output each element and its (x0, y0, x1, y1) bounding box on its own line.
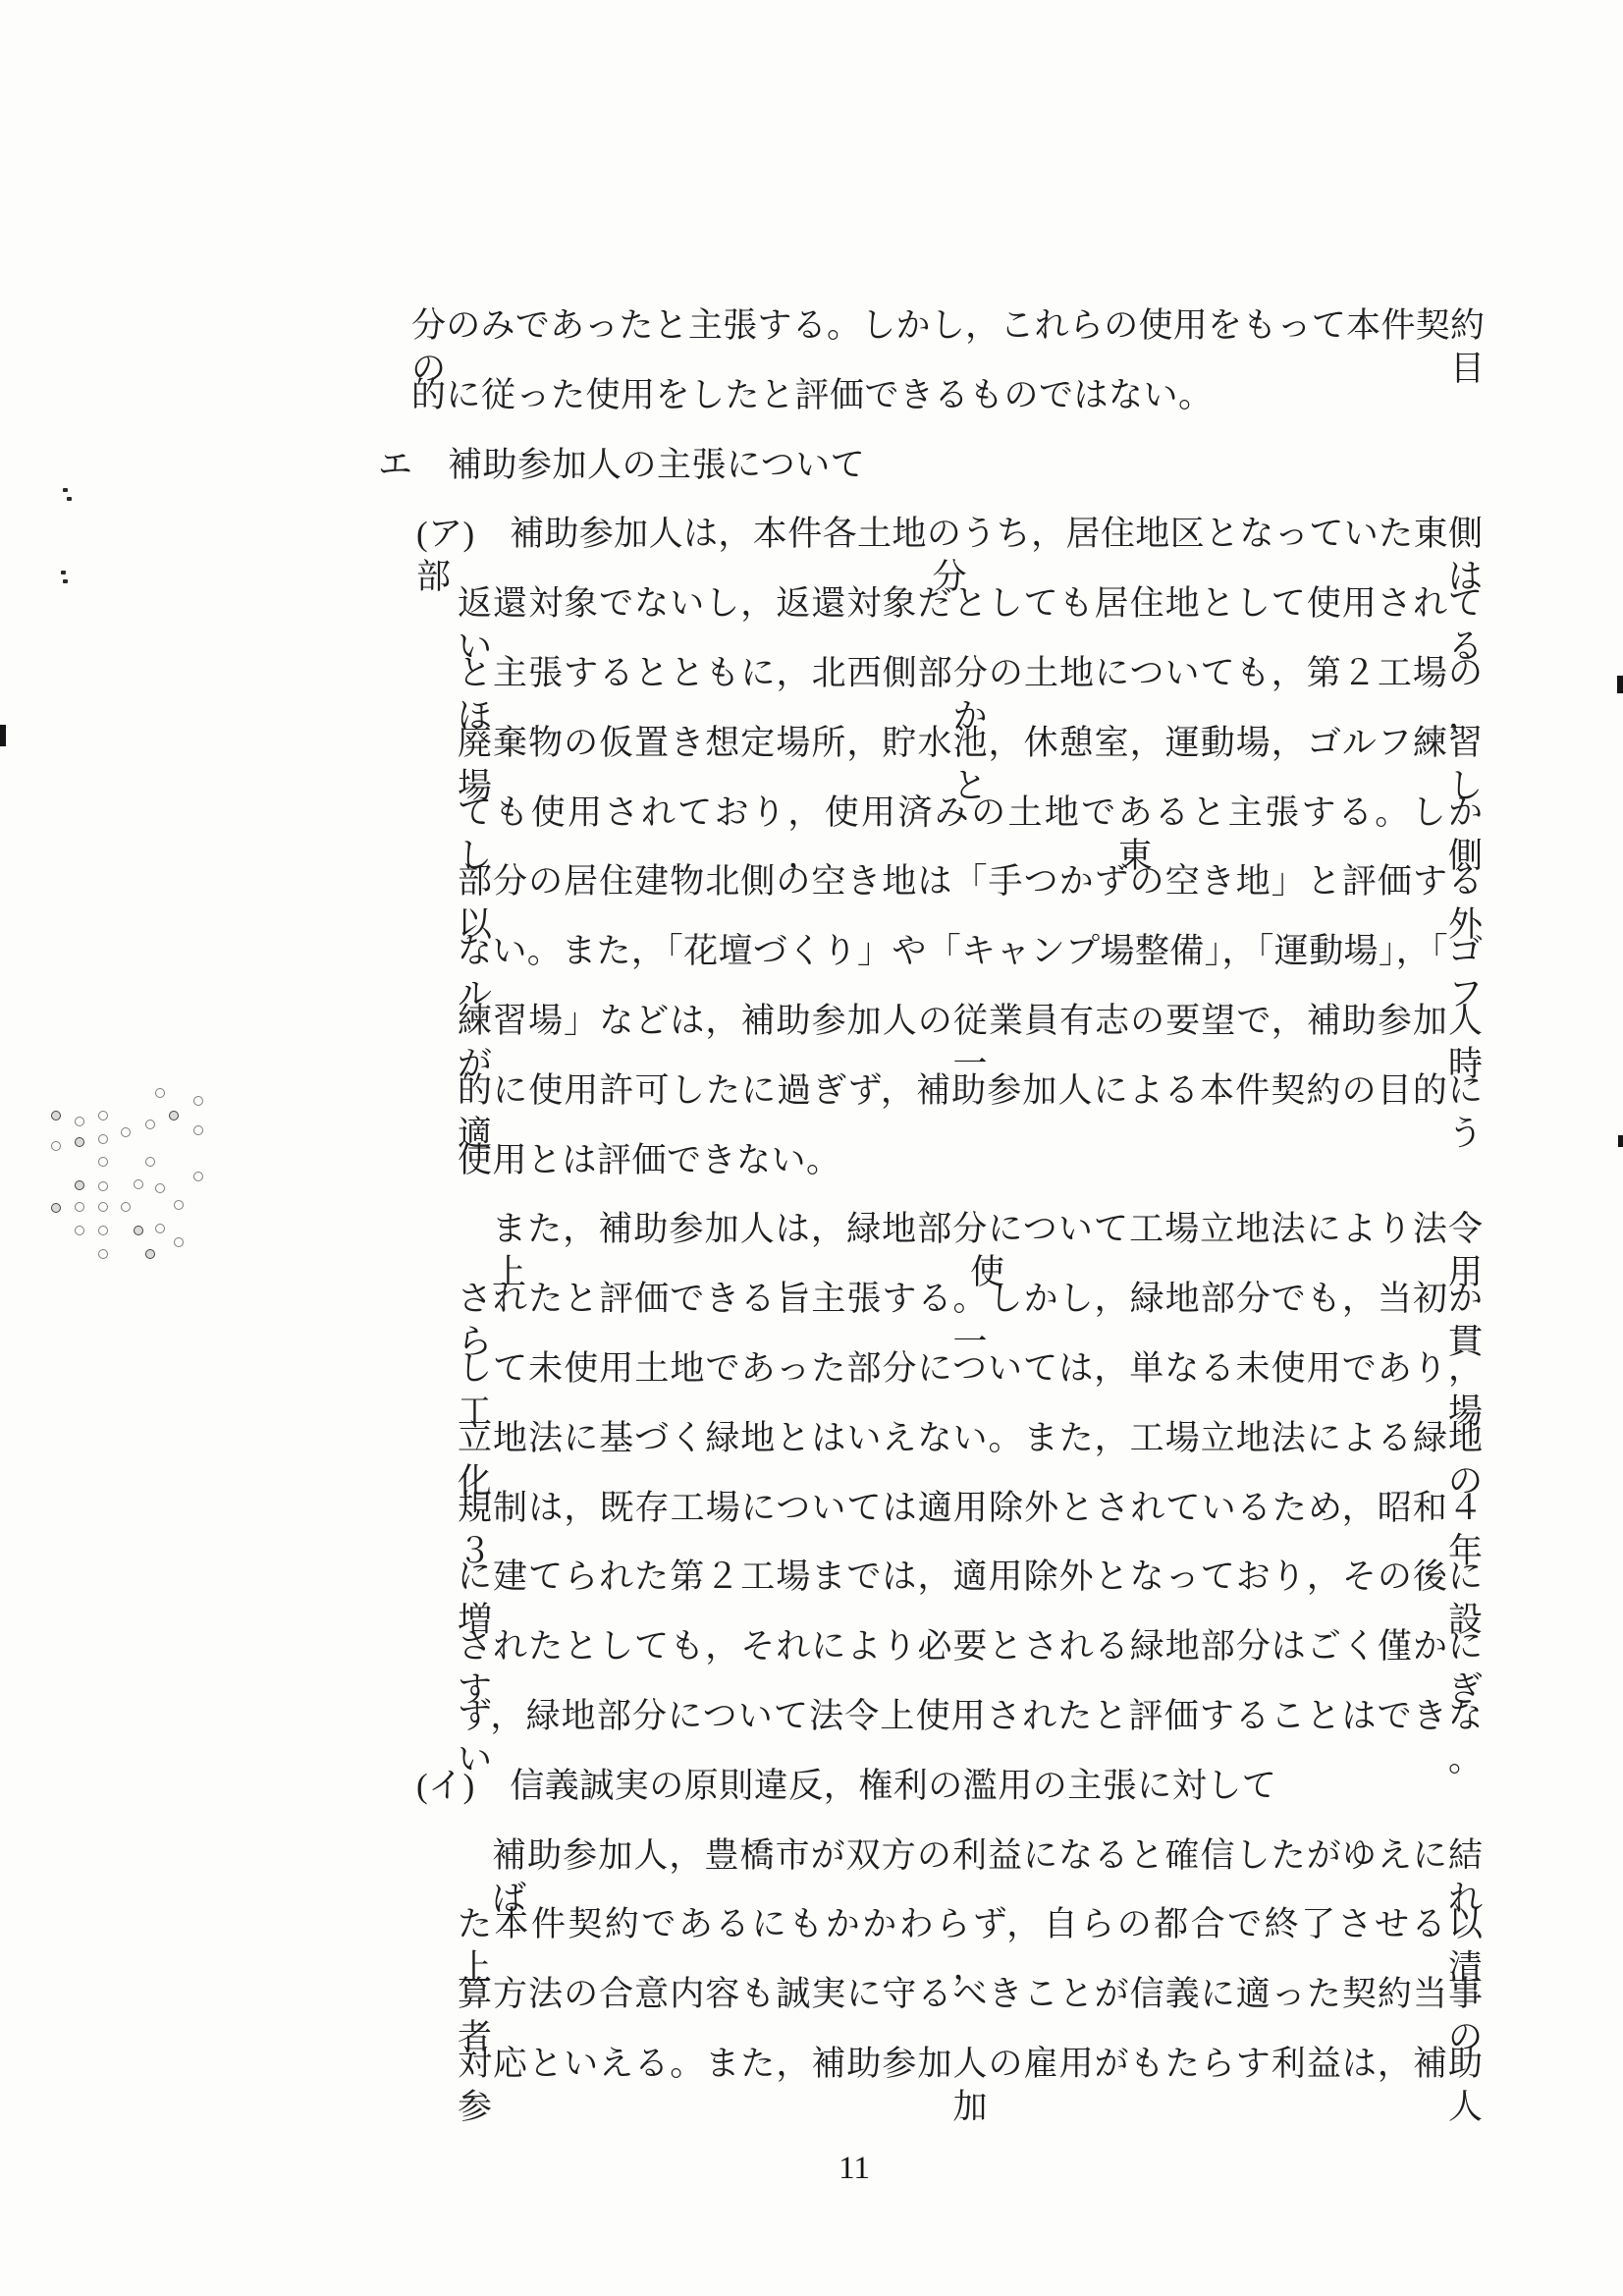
scan-edge-artifact (0, 725, 6, 746)
scan-dot-artifact (98, 1202, 108, 1212)
document-line: 補助参加人，豊橋市が双方の利益になると確信したがゆえに結ばれ (492, 1834, 1483, 1882)
document-line: 規制は，既存工場については適用除外とされているため，昭和４３年 (458, 1487, 1483, 1534)
document-line: 廃棄物の仮置き想定場所，貯水池，休憩室，運動場，ゴルフ練習場とし (458, 722, 1483, 769)
scan-dot-artifact (75, 1202, 84, 1212)
scan-dot-artifact (51, 1203, 61, 1213)
document-line: 立地法に基づく緑地とはいえない。また，工場立地法による緑地化の (458, 1417, 1483, 1464)
scan-dot-artifact (155, 1183, 165, 1193)
scan-dot-artifact (98, 1111, 108, 1121)
document-line: 対応といえる。また，補助参加人の雇用がもたらす利益は，補助参加人 (458, 2043, 1483, 2090)
scan-edge-artifact (1618, 1135, 1623, 1147)
document-line: 算方法の合意内容も誠実に守るべきことが信義に適った契約当事者の (458, 1973, 1483, 2020)
scan-dot-artifact (155, 1224, 165, 1233)
document-line: 部分の居住建物北側の空き地は「手つかずの空き地」と評価する以外 (458, 860, 1483, 907)
document-line: に建てられた第２工場までは，適用除外となっており，その後に増設 (458, 1556, 1483, 1603)
scan-dot-artifact (134, 1179, 143, 1189)
scan-dot-artifact (98, 1134, 108, 1144)
scan-dot-artifact (51, 1111, 61, 1121)
document-line: 返還対象でないし，返還対象だとしても居住地として使用されている (458, 582, 1483, 629)
scan-dot-artifact (75, 1180, 84, 1190)
scan-dot-artifact (51, 1141, 61, 1151)
document-line: されたとしても，それにより必要とされる緑地部分はごく僅かにすぎ (458, 1625, 1483, 1672)
scan-speck-artifact (67, 497, 72, 501)
scan-dot-artifact (174, 1200, 184, 1210)
document-line: ても使用されており，使用済みの土地であると主張する。しかし，東側 (458, 792, 1483, 839)
scan-dot-artifact (169, 1111, 179, 1121)
scan-dot-artifact (134, 1226, 143, 1235)
document-line: また，補助参加人は，緑地部分について工場立地法により法令上使用 (492, 1208, 1483, 1255)
document-line: 使用とは評価できない。 (458, 1139, 1483, 1186)
document-line: されたと評価できる旨主張する。しかし，緑地部分でも，当初から一貫 (458, 1278, 1483, 1325)
scan-dot-artifact (193, 1125, 203, 1135)
document-line: 分のみであったと主張する。しかし，これらの使用をもって本件契約の目 (411, 304, 1485, 352)
page-number: 11 (785, 2151, 923, 2187)
document-line: た本件契約であるにもかかわらず，自らの都合で終了させる以上，清 (458, 1903, 1483, 1950)
scan-dot-artifact (98, 1249, 108, 1259)
scan-dot-artifact (98, 1157, 108, 1167)
scan-speck-artifact (63, 488, 68, 492)
document-line: 的に従った使用をしたと評価できるものではない。 (411, 374, 1485, 421)
scanned-court-document-page: 分のみであったと主張する。しかし，これらの使用をもって本件契約の目的に従った使用… (0, 0, 1623, 2296)
document-line: ず，緑地部分について法令上使用されたと評価することはできない。 (458, 1695, 1483, 1742)
scan-dot-artifact (145, 1249, 155, 1259)
document-line: (イ) 信義誠実の原則違反，権利の濫用の主張に対して (416, 1765, 1483, 1812)
document-line: 練習場」などは，補助参加人の従業員有志の要望で，補助参加人が一時 (458, 1000, 1483, 1047)
scan-dot-artifact (145, 1157, 155, 1167)
scan-dot-artifact (193, 1172, 203, 1181)
document-line: エ 補助参加人の主張について (378, 444, 865, 491)
scan-dot-artifact (75, 1226, 84, 1235)
scan-dot-artifact (193, 1096, 203, 1106)
scan-dot-artifact (174, 1237, 184, 1247)
scan-dot-artifact (98, 1181, 108, 1191)
document-line: ない。また，「花壇づくり」や「キャンプ場整備」，「運動場」，「ゴルフ (458, 930, 1483, 977)
document-line: 的に使用許可したに過ぎず，補助参加人による本件契約の目的に適う (458, 1069, 1483, 1117)
document-line: (ア) 補助参加人は，本件各土地のうち，居住地区となっていた東側部分は (416, 513, 1483, 560)
scan-speck-artifact (63, 579, 68, 583)
scan-dot-artifact (155, 1088, 165, 1098)
scan-dot-artifact (75, 1117, 84, 1126)
scan-dot-artifact (121, 1127, 131, 1137)
document-line: して未使用土地であった部分については，単なる未使用であり，工場 (458, 1347, 1483, 1394)
scan-speck-artifact (61, 571, 66, 574)
scan-dot-artifact (121, 1202, 131, 1212)
scan-edge-artifact (1617, 676, 1623, 693)
scan-dot-artifact (98, 1226, 108, 1235)
scan-dot-artifact (145, 1120, 155, 1129)
document-line: と主張するとともに，北西側部分の土地についても，第２工場のほか， (458, 652, 1483, 699)
scan-dot-artifact (75, 1137, 84, 1147)
